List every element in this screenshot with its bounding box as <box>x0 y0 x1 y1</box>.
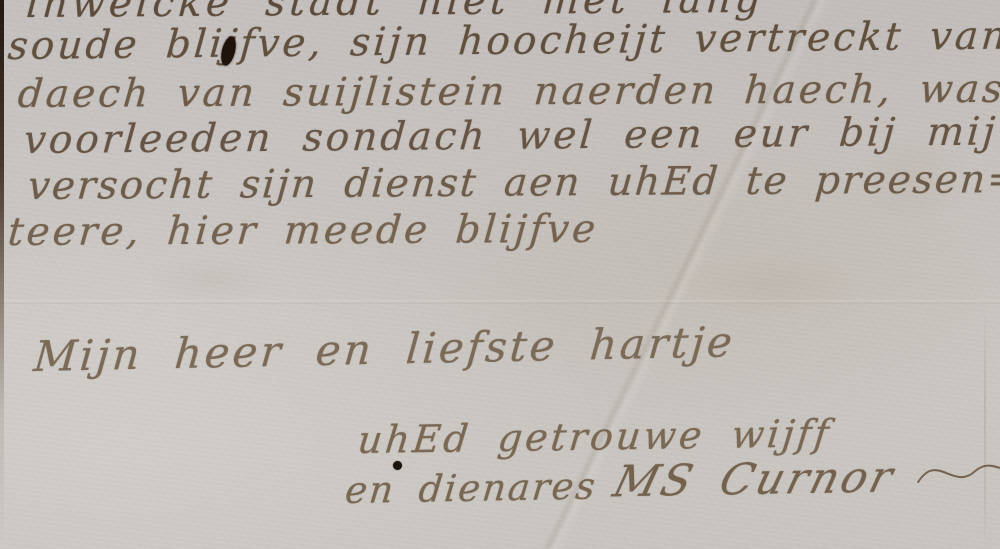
signature: MS Curnor <box>609 452 902 507</box>
letter-line: teere, hier meede blijfve <box>6 207 600 255</box>
closing-text: en dienares <box>343 465 599 512</box>
paper-crease <box>984 300 986 549</box>
page-edge-shadow <box>0 0 4 549</box>
manuscript-letter-page: inwelcke stadt niet met lang soude blijf… <box>0 0 1000 549</box>
paper-stain <box>640 240 900 330</box>
ink-blot <box>393 461 402 470</box>
letter-line: daech van suijlistein naerden haech, was <box>16 67 1000 117</box>
paper-stain <box>120 245 300 315</box>
signature-flourish <box>915 445 1000 492</box>
paper-fold-line <box>0 300 1000 304</box>
letter-salutation: Mijn heer en liefste hartje <box>32 317 737 381</box>
letter-line: soude blijfve, sijn hoocheijt vertreckt … <box>6 13 1000 69</box>
letter-line: voorleeden sondach wel een eur bij mij <box>22 109 999 163</box>
letter-line: versocht sijn dienst aen uhEd te preesen… <box>26 157 1000 209</box>
